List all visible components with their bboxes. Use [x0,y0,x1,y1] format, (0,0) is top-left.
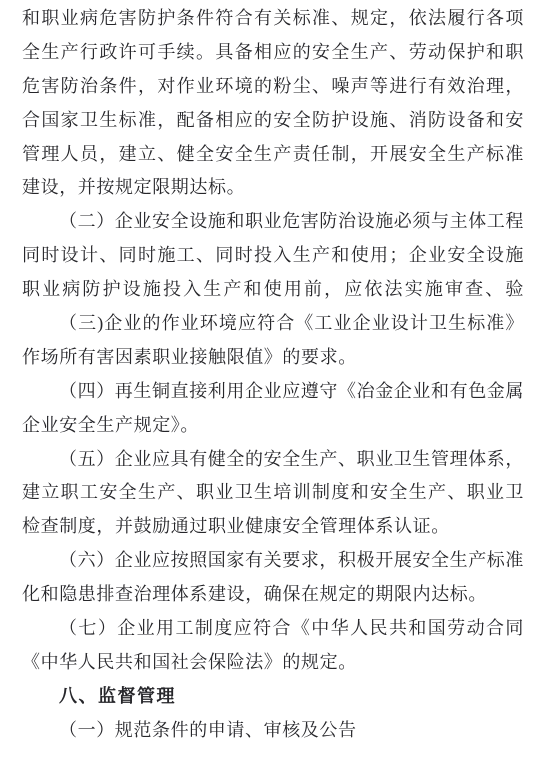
text-line: （七）企业用工制度应符合《中华人民共和国劳动合同法》 [22,612,524,646]
text-line: 检查制度，并鼓励通过职业健康安全管理体系认证。 [22,510,524,544]
text-line: 《中华人民共和国社会保险法》的规定。 [22,646,524,680]
text-line: 同时设计、同时施工、同时投入生产和使用；企业安全设施和 [22,239,524,273]
text-line: 职业病防护设施投入生产和使用前，应依法实施审查、验收。 [22,273,524,307]
text-line: （三)企业的作业环境应符合《工业企业设计卫生标准》《工 [22,307,524,341]
text-line: 和职业病危害防护条件符合有关标准、规定，依法履行各项安 [22,2,524,36]
text-line: （一）规范条件的申请、审核及公告 [22,714,524,748]
section-heading: 八、监督管理 [22,680,524,714]
document-page: 和职业病危害防护条件符合有关标准、规定，依法履行各项安全生产行政许可手续。具备相… [0,0,548,762]
text-line: 建立职工安全生产、职业卫生培训制度和安全生产、职业卫生 [22,476,524,510]
text-line: 全生产行政许可手续。具备相应的安全生产、劳动保护和职业 [22,36,524,70]
text-line: 危害防治条件，对作业环境的粉尘、噪声等进行有效治理，符 [22,70,524,104]
text-line: 化和隐患排查治理体系建设，确保在规定的期限内达标。 [22,578,524,612]
text-line: 建设，并按规定限期达标。 [22,171,524,205]
text-line: 管理人员，建立、健全安全生产责任制，开展安全生产标准化 [22,138,524,172]
text-line: （四）再生铜直接利用企业应遵守《冶金企业和有色金属 [22,375,524,409]
text-line: 作场所有害因素职业接触限值》的要求。 [22,341,524,375]
document-text-block: 和职业病危害防护条件符合有关标准、规定，依法履行各项安全生产行政许可手续。具备相… [22,2,524,748]
text-line: （六）企业应按照国家有关要求，积极开展安全生产标准 [22,544,524,578]
text-line: 企业安全生产规定》。 [22,409,524,443]
text-line: （二）企业安全设施和职业危害防治设施必须与主体工程 [22,205,524,239]
text-line: （五）企业应具有健全的安全生产、职业卫生管理体系， [22,443,524,477]
text-line: 合国家卫生标准，配备相应的安全防护设施、消防设备和安全 [22,104,524,138]
